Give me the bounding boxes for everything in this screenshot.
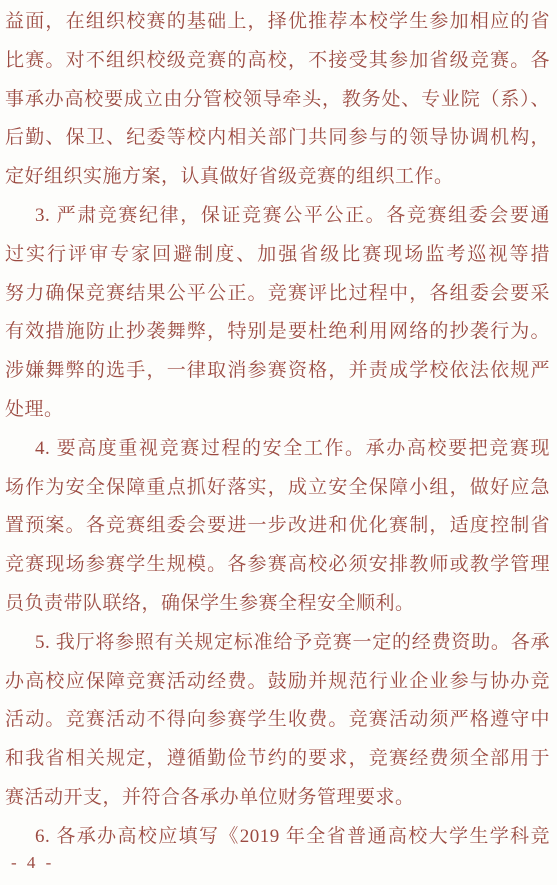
paragraph: 益面，在组织校赛的基础上，择优推荐本校学生参加相应的省级比赛。对不组织校级竞赛的… — [5, 3, 550, 197]
text-line: 事承办高校要成立由分管校领导牵头，教务处、专业院（系）、 — [5, 81, 550, 120]
paragraph: 3. 严肃竞赛纪律，保证竞赛公平公正。各竞赛组委会要通过实行评审专家回避制度、加… — [5, 197, 550, 430]
text-line: 后勤、保卫、纪委等校内相关部门共同参与的领导协调机构，制 — [5, 119, 550, 158]
page-number: - 4 - — [11, 853, 54, 873]
paragraph: 6. 各承办高校应填写《2019 年全省普通高校大学生学科竞 — [5, 818, 550, 857]
text-line: 6. 各承办高校应填写《2019 年全省普通高校大学生学科竞 — [5, 818, 550, 857]
text-line: 置预案。各竞赛组委会要进一步改进和优化赛制，适度控制省级 — [5, 507, 550, 546]
text-line: 比赛。对不组织校级竞赛的高校，不接受其参加省级竞赛。各赛 — [5, 42, 550, 81]
document-body: 益面，在组织校赛的基础上，择优推荐本校学生参加相应的省级比赛。对不组织校级竞赛的… — [0, 0, 557, 857]
text-line: 3. 严肃竞赛纪律，保证竞赛公平公正。各竞赛组委会要通 — [5, 197, 550, 236]
text-line: 员负责带队联络，确保学生参赛全程安全顺利。 — [5, 585, 550, 624]
text-line: 和我省相关规定，遵循勤俭节约的要求，竞赛经费须全部用于竞 — [5, 740, 550, 779]
text-line: 益面，在组织校赛的基础上，择优推荐本校学生参加相应的省级 — [5, 3, 550, 42]
text-line: 涉嫌舞弊的选手，一律取消参赛资格，并责成学校依法依规严肃 — [5, 352, 550, 391]
paragraph: 4. 要高度重视竞赛过程的安全工作。承办高校要把竞赛现场作为安全保障重点抓好落实… — [5, 430, 550, 624]
text-line: 定好组织实施方案，认真做好省级竞赛的组织工作。 — [5, 158, 550, 197]
text-line: 活动。竞赛活动不得向参赛学生收费。竞赛活动须严格遵守中央 — [5, 701, 550, 740]
paragraph: 5. 我厅将参照有关规定标准给予竞赛一定的经费资助。各承办高校应保障竞赛活动经费… — [5, 624, 550, 818]
text-line: 过实行评审专家回避制度、加强省级比赛现场监考巡视等措施， — [5, 236, 550, 275]
text-line: 竞赛现场参赛学生规模。各参赛高校必须安排教师或教学管理人 — [5, 546, 550, 585]
text-line: 处理。 — [5, 391, 550, 430]
text-line: 4. 要高度重视竞赛过程的安全工作。承办高校要把竞赛现 — [5, 430, 550, 469]
text-line: 场作为安全保障重点抓好落实，成立安全保障小组，做好应急处 — [5, 469, 550, 508]
text-line: 有效措施防止抄袭舞弊，特别是要杜绝利用网络的抄袭行为。凡 — [5, 313, 550, 352]
text-line: 办高校应保障竞赛活动经费。鼓励并规范行业企业参与协办竞赛 — [5, 663, 550, 702]
document-page: 益面，在组织校赛的基础上，择优推荐本校学生参加相应的省级比赛。对不组织校级竞赛的… — [0, 0, 557, 885]
text-line: 5. 我厅将参照有关规定标准给予竞赛一定的经费资助。各承 — [5, 624, 550, 663]
text-line: 努力确保竞赛结果公平公正。竞赛评比过程中，各组委会要采取 — [5, 275, 550, 314]
text-line: 赛活动开支，并符合各承办单位财务管理要求。 — [5, 779, 550, 818]
